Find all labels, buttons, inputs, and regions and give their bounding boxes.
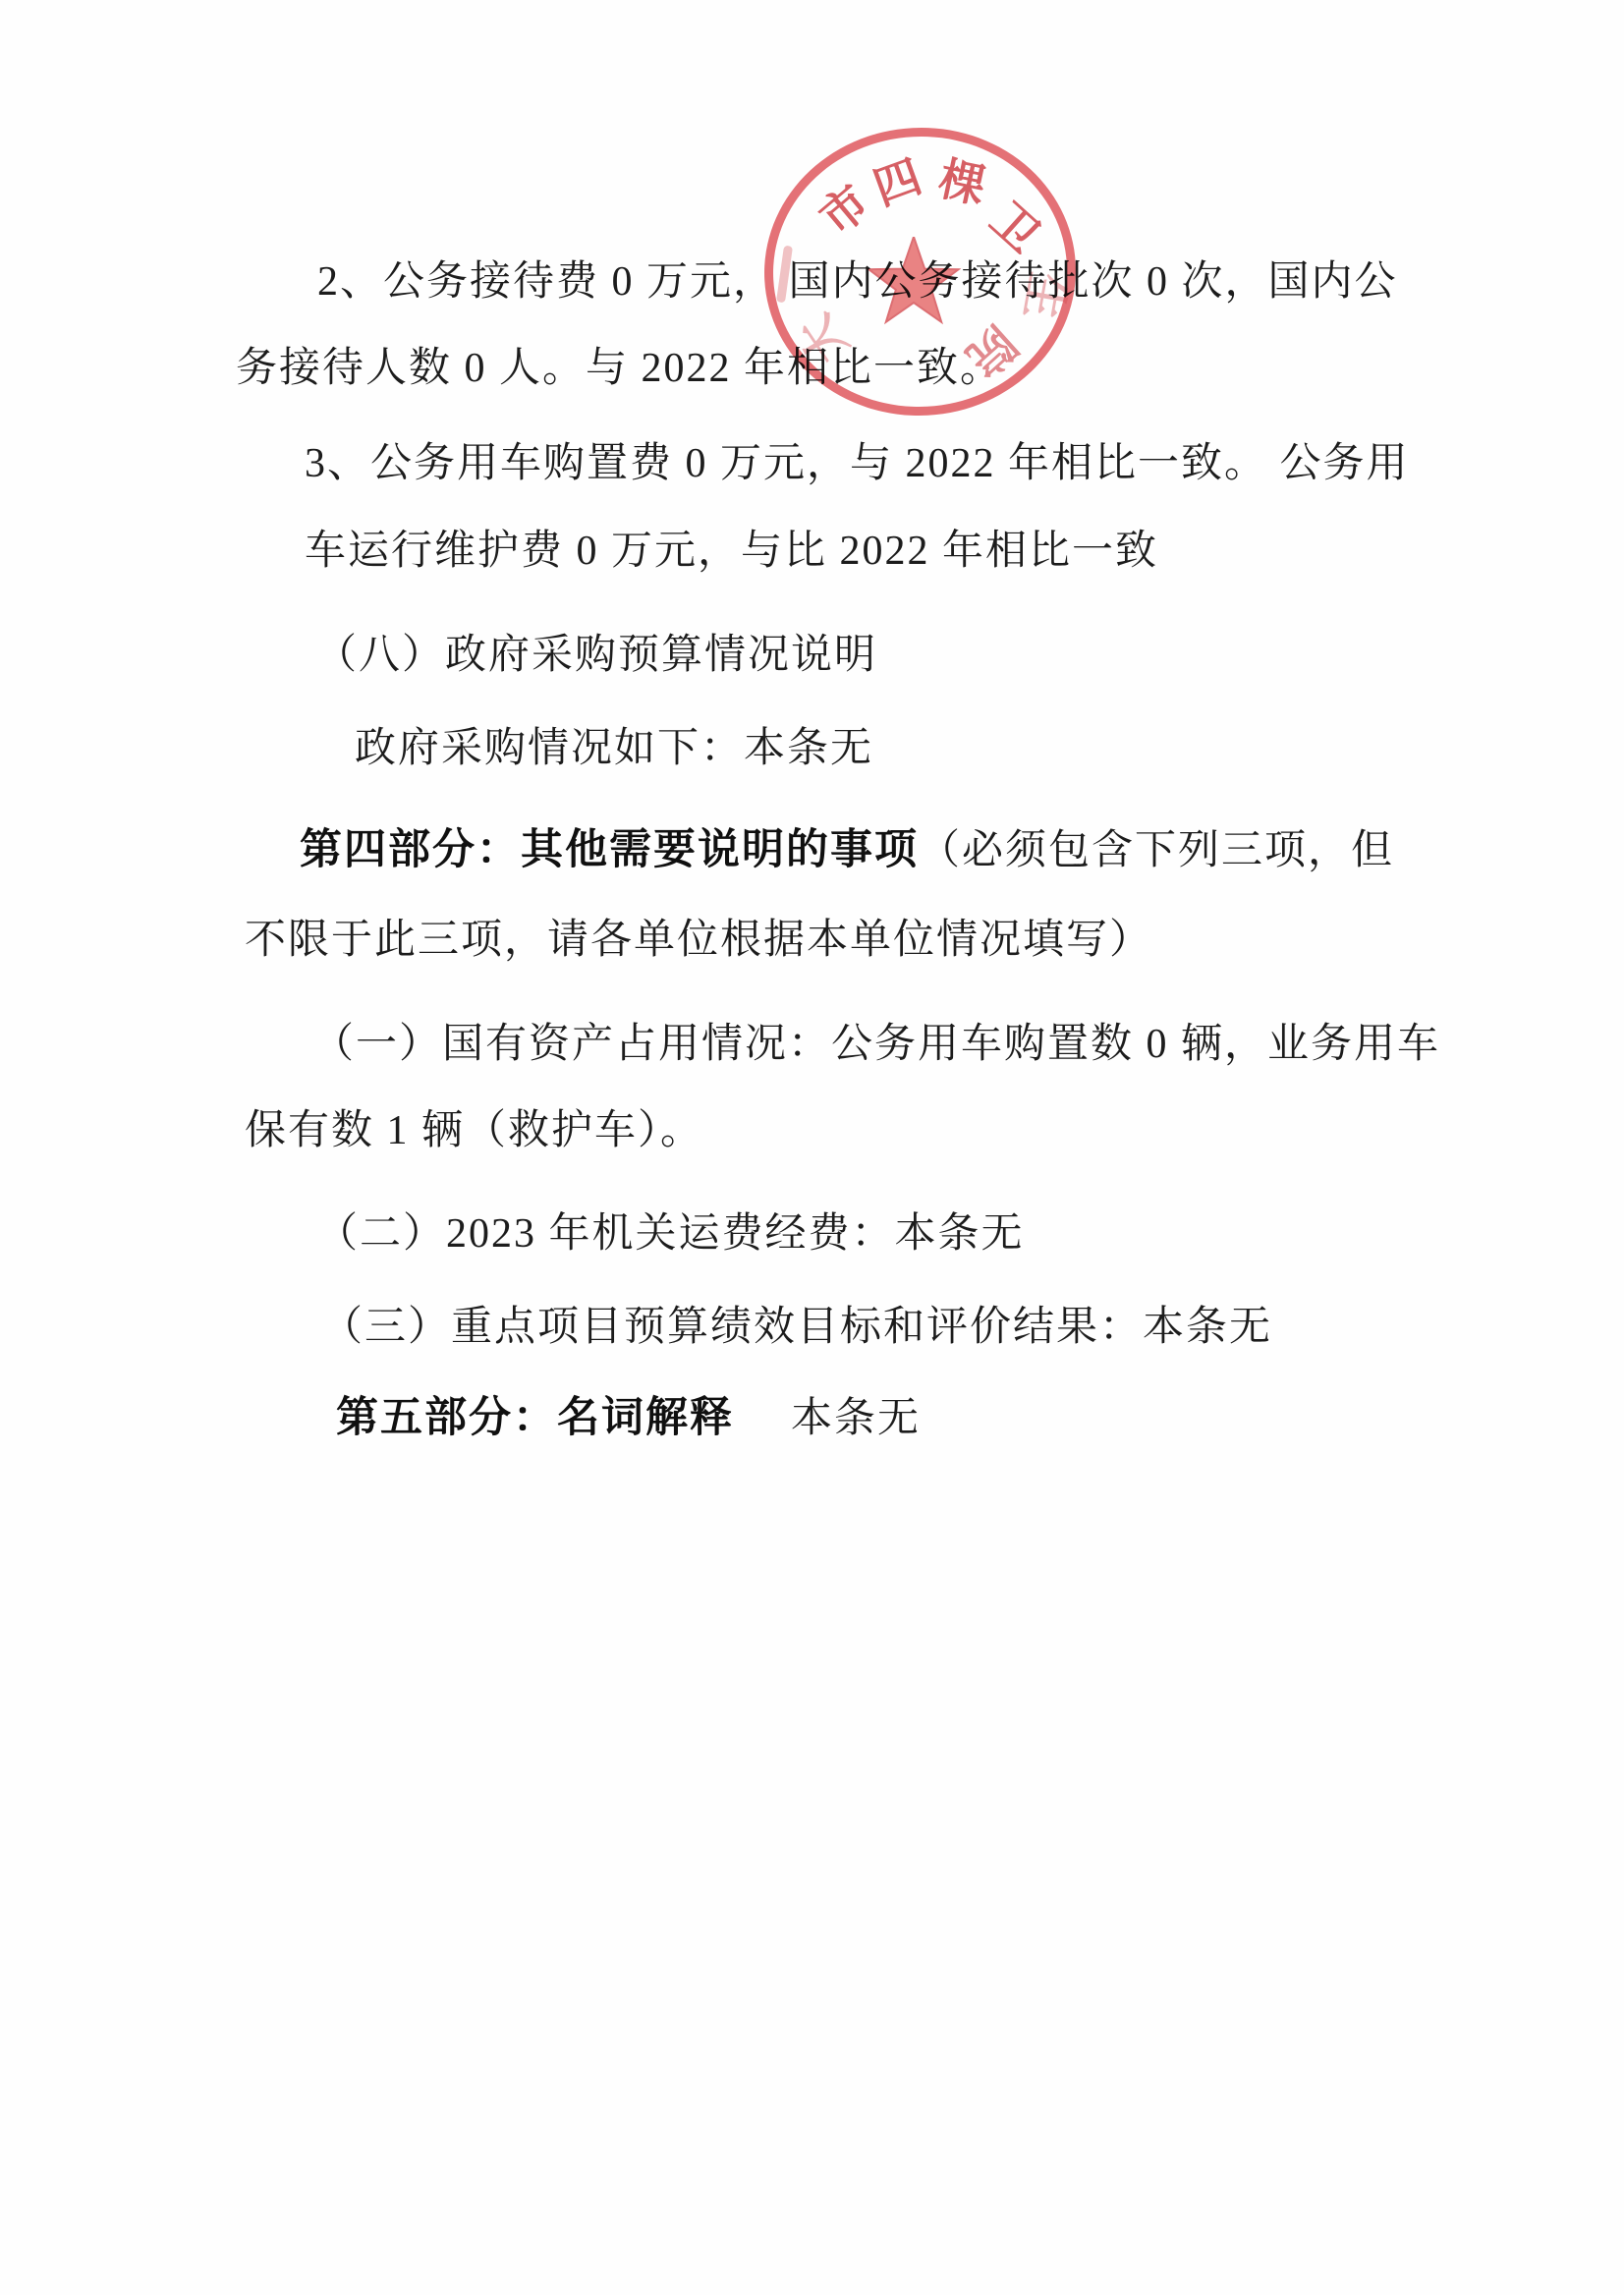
section-heading-note: 本条无 [791, 1396, 921, 1441]
seal-arc-char: 棵 [935, 155, 990, 210]
section-heading-part5: 第五部分：名词解释本条无 [336, 1393, 921, 1444]
document-page: 2、公务接待费 0 万元， 国内公务接待批次 0 次，国内公 务接待人数 0 人… [0, 0, 1624, 2295]
paragraph-line: 政府采购情况如下：本条无 [355, 724, 873, 773]
paragraph-line: 务接待人数 0 人。与 2022 年相比一致。 [236, 344, 1003, 393]
section-heading-bold: 第五部分：名词解释 [336, 1394, 734, 1441]
paragraph-line: （一）国有资产占用情况：公务用车购置数 0 辆，业务用车 [312, 1020, 1440, 1069]
seal-arc-char: 四 [868, 152, 926, 211]
seal-arc-char: 市 [812, 177, 876, 242]
section-heading-part4: 第四部分：其他需要说明的事项（必须包含下列三项，但 [300, 825, 1394, 876]
paragraph-line: 2、公务接待费 0 万元， 国内公务接待批次 0 次，国内公 [317, 257, 1398, 307]
section-heading-note: （必须包含下列三项，但 [919, 828, 1394, 873]
paragraph-line: 不限于此三项，请各单位根据本单位情况填写） [245, 916, 1152, 965]
paragraph-line: （三）重点项目预算绩效目标和评价结果：本条无 [321, 1303, 1272, 1352]
paragraph-line: （二）2023 年机关运费经费：本条无 [316, 1209, 1025, 1259]
paragraph-line: 3、公务用车购置费 0 万元，与 2022 年相比一致。 公务用 [305, 439, 1410, 488]
paragraph-line: 车运行维护费 0 万元，与比 2022 年相比一致 [305, 527, 1158, 576]
seal-arc-char: 卫 [982, 195, 1047, 259]
section-heading-bold: 第四部分：其他需要说明的事项 [300, 826, 919, 873]
paragraph-line: （八）政府采购预算情况说明 [315, 631, 877, 680]
paragraph-line: 保有数 1 辆（救护车）。 [245, 1106, 703, 1155]
